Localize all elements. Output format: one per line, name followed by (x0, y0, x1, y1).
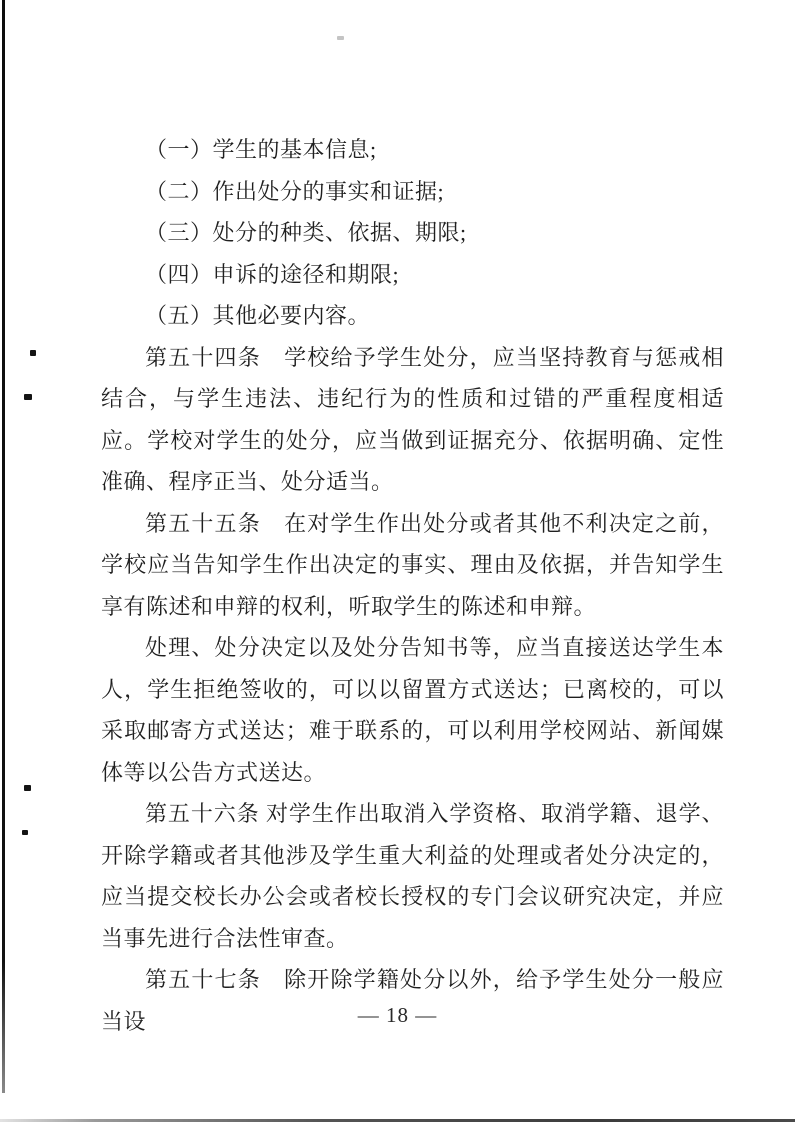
list-item-4: （四）申诉的途径和期限; (101, 254, 724, 296)
page-number: — 18 — (0, 1003, 795, 1028)
list-item-2: （二）作出处分的事实和证据; (101, 171, 724, 213)
scan-edge-left (2, 0, 5, 1093)
paragraph-article-54: 第五十四条 学校给予学生处分，应当坚持教育与惩戒相结合，与学生违法、违纪行为的性… (101, 337, 724, 503)
paragraph-article-55: 第五十五条 在对学生作出处分或者其他不利决定之前，学校应当告知学生作出决定的事实… (101, 503, 724, 628)
scan-speck (337, 36, 344, 40)
paragraph-article-57: 第五十七条 除开除学籍处分以外，给予学生处分一般应当设 (101, 959, 724, 1042)
list-item-3: （三）处分的种类、依据、期限; (101, 212, 724, 254)
list-item-1: （一）学生的基本信息; (101, 129, 724, 171)
paragraph-delivery: 处理、处分决定以及处分告知书等，应当直接送达学生本人，学生拒绝签收的，可以以留置… (101, 627, 724, 793)
scan-edge-bottom (0, 1119, 795, 1122)
ink-dot (30, 350, 36, 356)
ink-dot (24, 785, 31, 791)
list-item-5: （五）其他必要内容。 (101, 295, 724, 337)
document-body: （一）学生的基本信息; （二）作出处分的事实和证据; （三）处分的种类、依据、期… (101, 129, 724, 1042)
paragraph-article-56: 第五十六条 对学生作出取消入学资格、取消学籍、退学、开除学籍或者其他涉及学生重大… (101, 793, 724, 959)
ink-dot (24, 394, 32, 400)
ink-dot (22, 830, 28, 835)
scanned-document-page: （一）学生的基本信息; （二）作出处分的事实和证据; （三）处分的种类、依据、期… (0, 0, 795, 1123)
